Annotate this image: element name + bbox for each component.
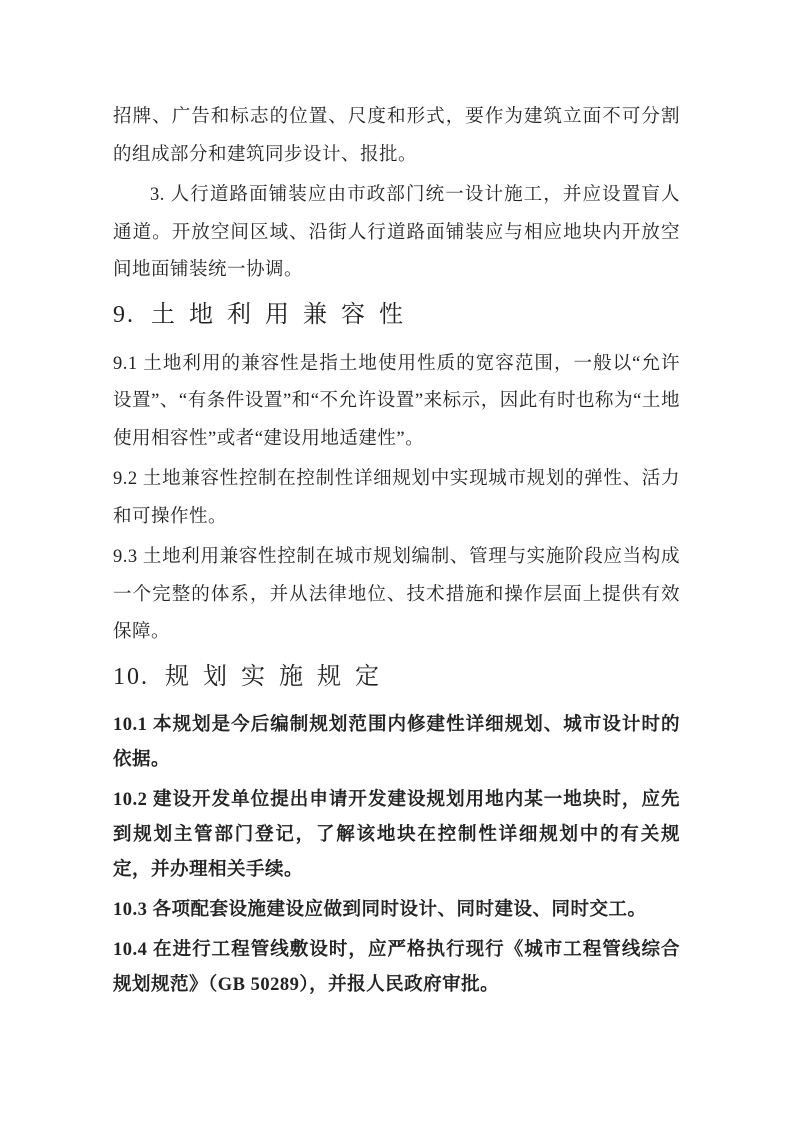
paragraph-10-2: 10.2 建设开发单位提出申请开发建设规划用地内某一地块时，应先到规划主管部门登… — [113, 783, 680, 888]
document-content: 招牌、广告和标志的位置、尺度和形式，要作为建筑立面不可分割的组成部分和建筑同步设… — [113, 99, 680, 1008]
paragraph-9-3: 9.3 土地利用兼容性控制在城市规划编制、管理与实施阶段应当构成一个完整的体系，… — [113, 539, 680, 652]
section-9-title: 土地利用兼容性 — [151, 302, 417, 328]
paragraph-signage-continuation: 招牌、广告和标志的位置、尺度和形式，要作为建筑立面不可分割的组成部分和建筑同步设… — [113, 99, 680, 174]
paragraph-10-4: 10.4 在进行工程管线敷设时，应严格执行现行《城市工程管线综合规划规范》（GB… — [113, 933, 680, 1003]
section-10-number: 10. — [113, 664, 149, 690]
paragraph-10-1: 10.1 本规划是今后编制规划范围内修建性详细规划、城市设计时的依据。 — [113, 708, 680, 778]
section-10-heading: 10.规划实施规定 — [113, 662, 680, 692]
section-9-number: 9. — [113, 302, 135, 328]
paragraph-9-2: 9.2 土地兼容性控制在控制性详细规划中实现城市规划的弹性、活力和可操作性。 — [113, 461, 680, 536]
document-page: 招牌、广告和标志的位置、尺度和形式，要作为建筑立面不可分割的组成部分和建筑同步设… — [0, 0, 793, 1122]
paragraph-sidewalk-paving: 3. 人行道路面铺装应由市政部门统一设计施工，并应设置盲人通道。开放空间区域、沿… — [113, 177, 680, 290]
section-9-heading: 9.土地利用兼容性 — [113, 300, 680, 330]
section-10-title: 规划实施规定 — [165, 664, 393, 690]
paragraph-9-1: 9.1 土地利用的兼容性是指土地使用性质的宽容范围，一般以“允许设置”、“有条件… — [113, 346, 680, 459]
paragraph-10-3: 10.3 各项配套设施建设应做到同时设计、同时建设、同时交工。 — [113, 893, 680, 928]
